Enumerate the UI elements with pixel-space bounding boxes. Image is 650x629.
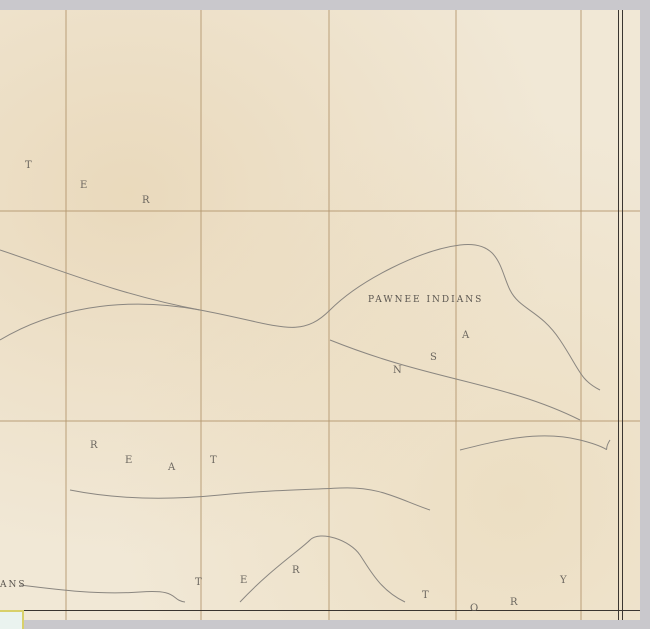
indians-fragment-label: ANS (0, 580, 27, 590)
territory-letter: O (470, 603, 478, 614)
territory-letter: A (462, 330, 469, 341)
map-sheet: PAWNEE INDIANS T E R A S N R E A T T E R… (0, 10, 640, 620)
territory-letter: T (25, 160, 32, 171)
territory-letter: E (240, 575, 247, 586)
territory-letter: T (422, 590, 429, 601)
great-letter: A (168, 462, 175, 473)
territory-letter: N (393, 365, 402, 376)
territory-letter: R (142, 195, 150, 206)
pawnee-indians-label: PAWNEE INDIANS (368, 295, 483, 305)
territory-letter: R (510, 597, 518, 608)
inset-map-corner (0, 610, 24, 629)
rivers (0, 10, 640, 620)
great-letter: R (90, 440, 98, 451)
territory-letter: E (80, 180, 87, 191)
territory-letter: R (292, 565, 300, 576)
great-letter: T (210, 455, 217, 466)
territory-letter: T (195, 577, 202, 588)
territory-letter: Y (560, 575, 567, 586)
great-letter: E (125, 455, 132, 466)
territory-letter: S (430, 352, 437, 363)
